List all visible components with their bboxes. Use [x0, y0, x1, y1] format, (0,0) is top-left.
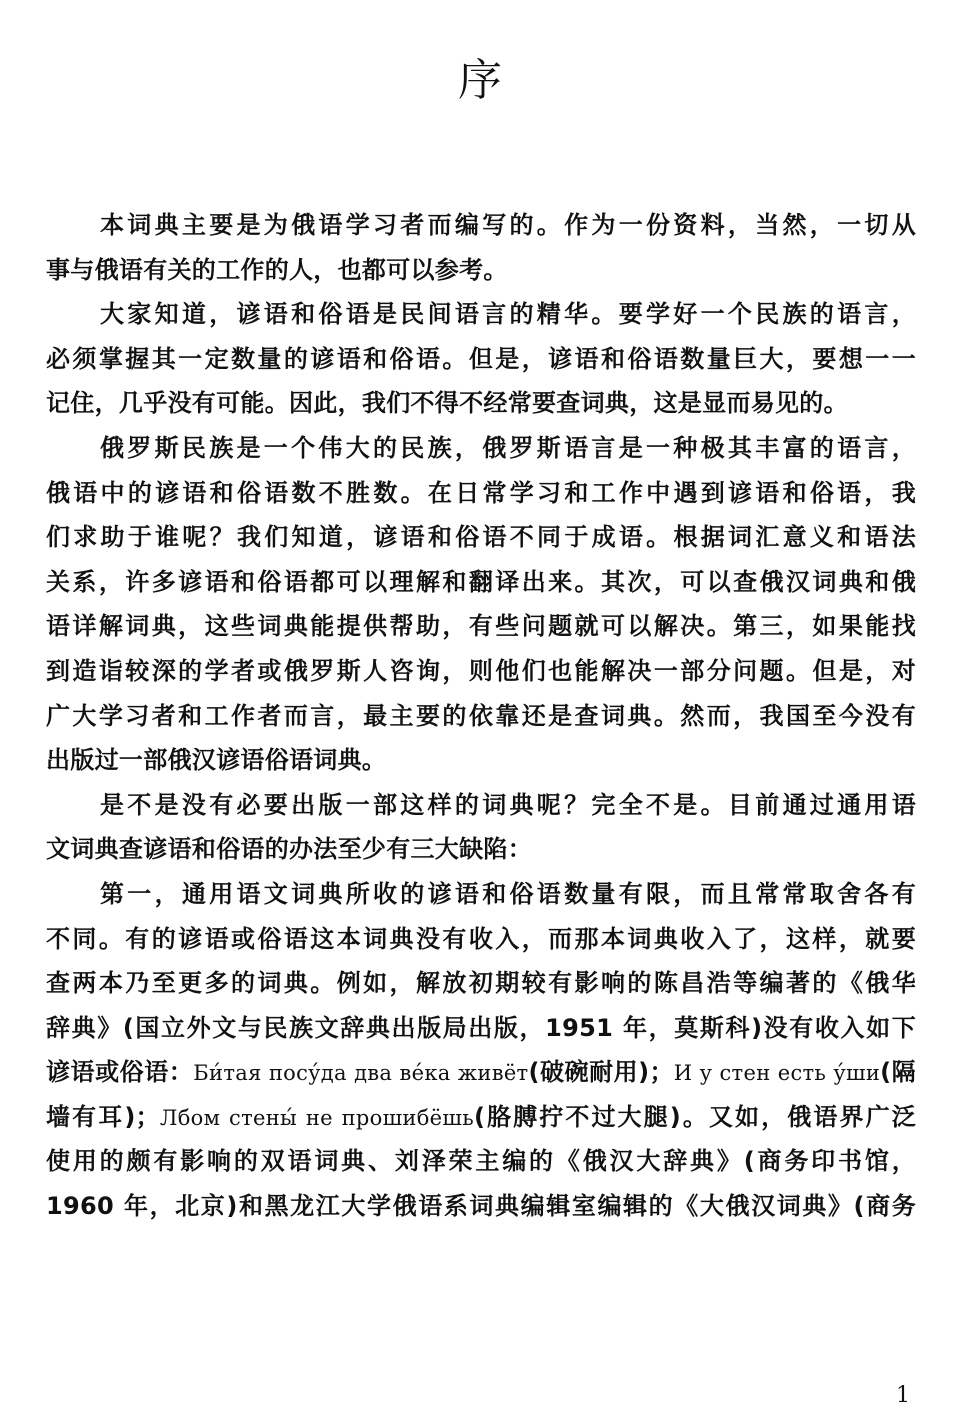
paragraph-5-line-2: 不同。有的谚语或俗语这本词典没有收入，而那本词典收入了，这样，就要 [46, 917, 916, 962]
paragraph-3-line-4: 关系，许多谚语和俗语都可以理解和翻译出来。其次，可以查俄汉词典和俄 [46, 560, 916, 605]
paragraph-3-line-8: 出版过一部俄汉谚语俗语词典。 [46, 738, 916, 783]
text-segment: 墙有耳)； [46, 1103, 160, 1131]
paragraph-5-line-8: 1960 年，北京)和黑龙江大学俄语系词典编辑室编辑的《大俄汉词典》(商务 [46, 1184, 916, 1229]
paragraph-1-line-1: 本词典主要是为俄语学习者而编写的。作为一份资料，当然，一切从 [46, 203, 916, 248]
paragraph-2-line-1: 大家知道，谚语和俗语是民间语言的精华。要学好一个民族的语言， [46, 292, 916, 337]
paragraph-3-line-6: 到造诣较深的学者或俄罗斯人咨询，则他们也能解决一部分问题。但是，对 [46, 649, 916, 694]
text-segment: (隔 [880, 1058, 916, 1086]
text-segment: (破碗耐用)； [528, 1058, 673, 1086]
paragraph-1-line-2: 事与俄语有关的工作的人，也都可以参考。 [46, 248, 916, 293]
paragraph-4-line-2: 文词典查谚语和俗语的办法至少有三大缺陷： [46, 827, 916, 872]
paragraph-3-line-1: 俄罗斯民族是一个伟大的民族，俄罗斯语言是一种极其丰富的语言， [46, 426, 916, 471]
paragraph-5-line-6: 墙有耳)；Лбом стены́ не прошибёшь(胳膊拧不过大腿)。又… [46, 1095, 916, 1140]
page-title: 序 [0, 59, 960, 103]
paragraph-5-line-1: 第一，通用语文词典所收的谚语和俗语数量有限，而且常常取舍各有 [46, 872, 916, 917]
text-segment: (胳膊拧不过大腿)。又如，俄语界广泛 [474, 1103, 916, 1131]
text-segment: 谚语或俗语： [46, 1058, 193, 1086]
paragraph-5-line-4: 辞典》(国立外文与民族文辞典出版局出版，1951 年，莫斯科)没有收入如下 [46, 1006, 916, 1051]
preface-body: 本词典主要是为俄语学习者而编写的。作为一份资料，当然，一切从 事与俄语有关的工作… [46, 203, 916, 1229]
paragraph-2-line-3: 记住，几乎没有可能。因此，我们不得不经常要查词典，这是显而易见的。 [46, 381, 916, 426]
paragraph-4-line-1: 是不是没有必要出版一部这样的词典呢？完全不是。目前通过通用语 [46, 783, 916, 828]
russian-proverb: И у стен есть у́ши [674, 1061, 880, 1085]
paragraph-3-line-2: 俄语中的谚语和俗语数不胜数。在日常学习和工作中遇到谚语和俗语，我 [46, 471, 916, 516]
russian-proverb: Лбом стены́ не прошибёшь [160, 1106, 474, 1130]
paragraph-2-line-2: 必须掌握其一定数量的谚语和俗语。但是，谚语和俗语数量巨大，要想一一 [46, 337, 916, 382]
page-number: 1 [896, 1385, 910, 1407]
paragraph-5-line-7: 使用的颇有影响的双语词典、刘泽荣主编的《俄汉大辞典》(商务印书馆， [46, 1139, 916, 1184]
russian-proverb: Би́тая посу́да два ве́ка живёт [193, 1061, 528, 1085]
paragraph-3-line-5: 语详解词典，这些词典能提供帮助，有些问题就可以解决。第三，如果能找 [46, 604, 916, 649]
paragraph-5-line-5: 谚语或俗语：Би́тая посу́да два ве́ка живёт(破碗耐… [46, 1050, 916, 1095]
paragraph-5-line-3: 查两本乃至更多的词典。例如，解放初期较有影响的陈昌浩等编著的《俄华 [46, 961, 916, 1006]
paragraph-3-line-3: 们求助于谁呢？我们知道，谚语和俗语不同于成语。根据词汇意义和语法 [46, 515, 916, 560]
paragraph-3-line-7: 广大学习者和工作者而言，最主要的依靠还是查词典。然而，我国至今没有 [46, 694, 916, 739]
